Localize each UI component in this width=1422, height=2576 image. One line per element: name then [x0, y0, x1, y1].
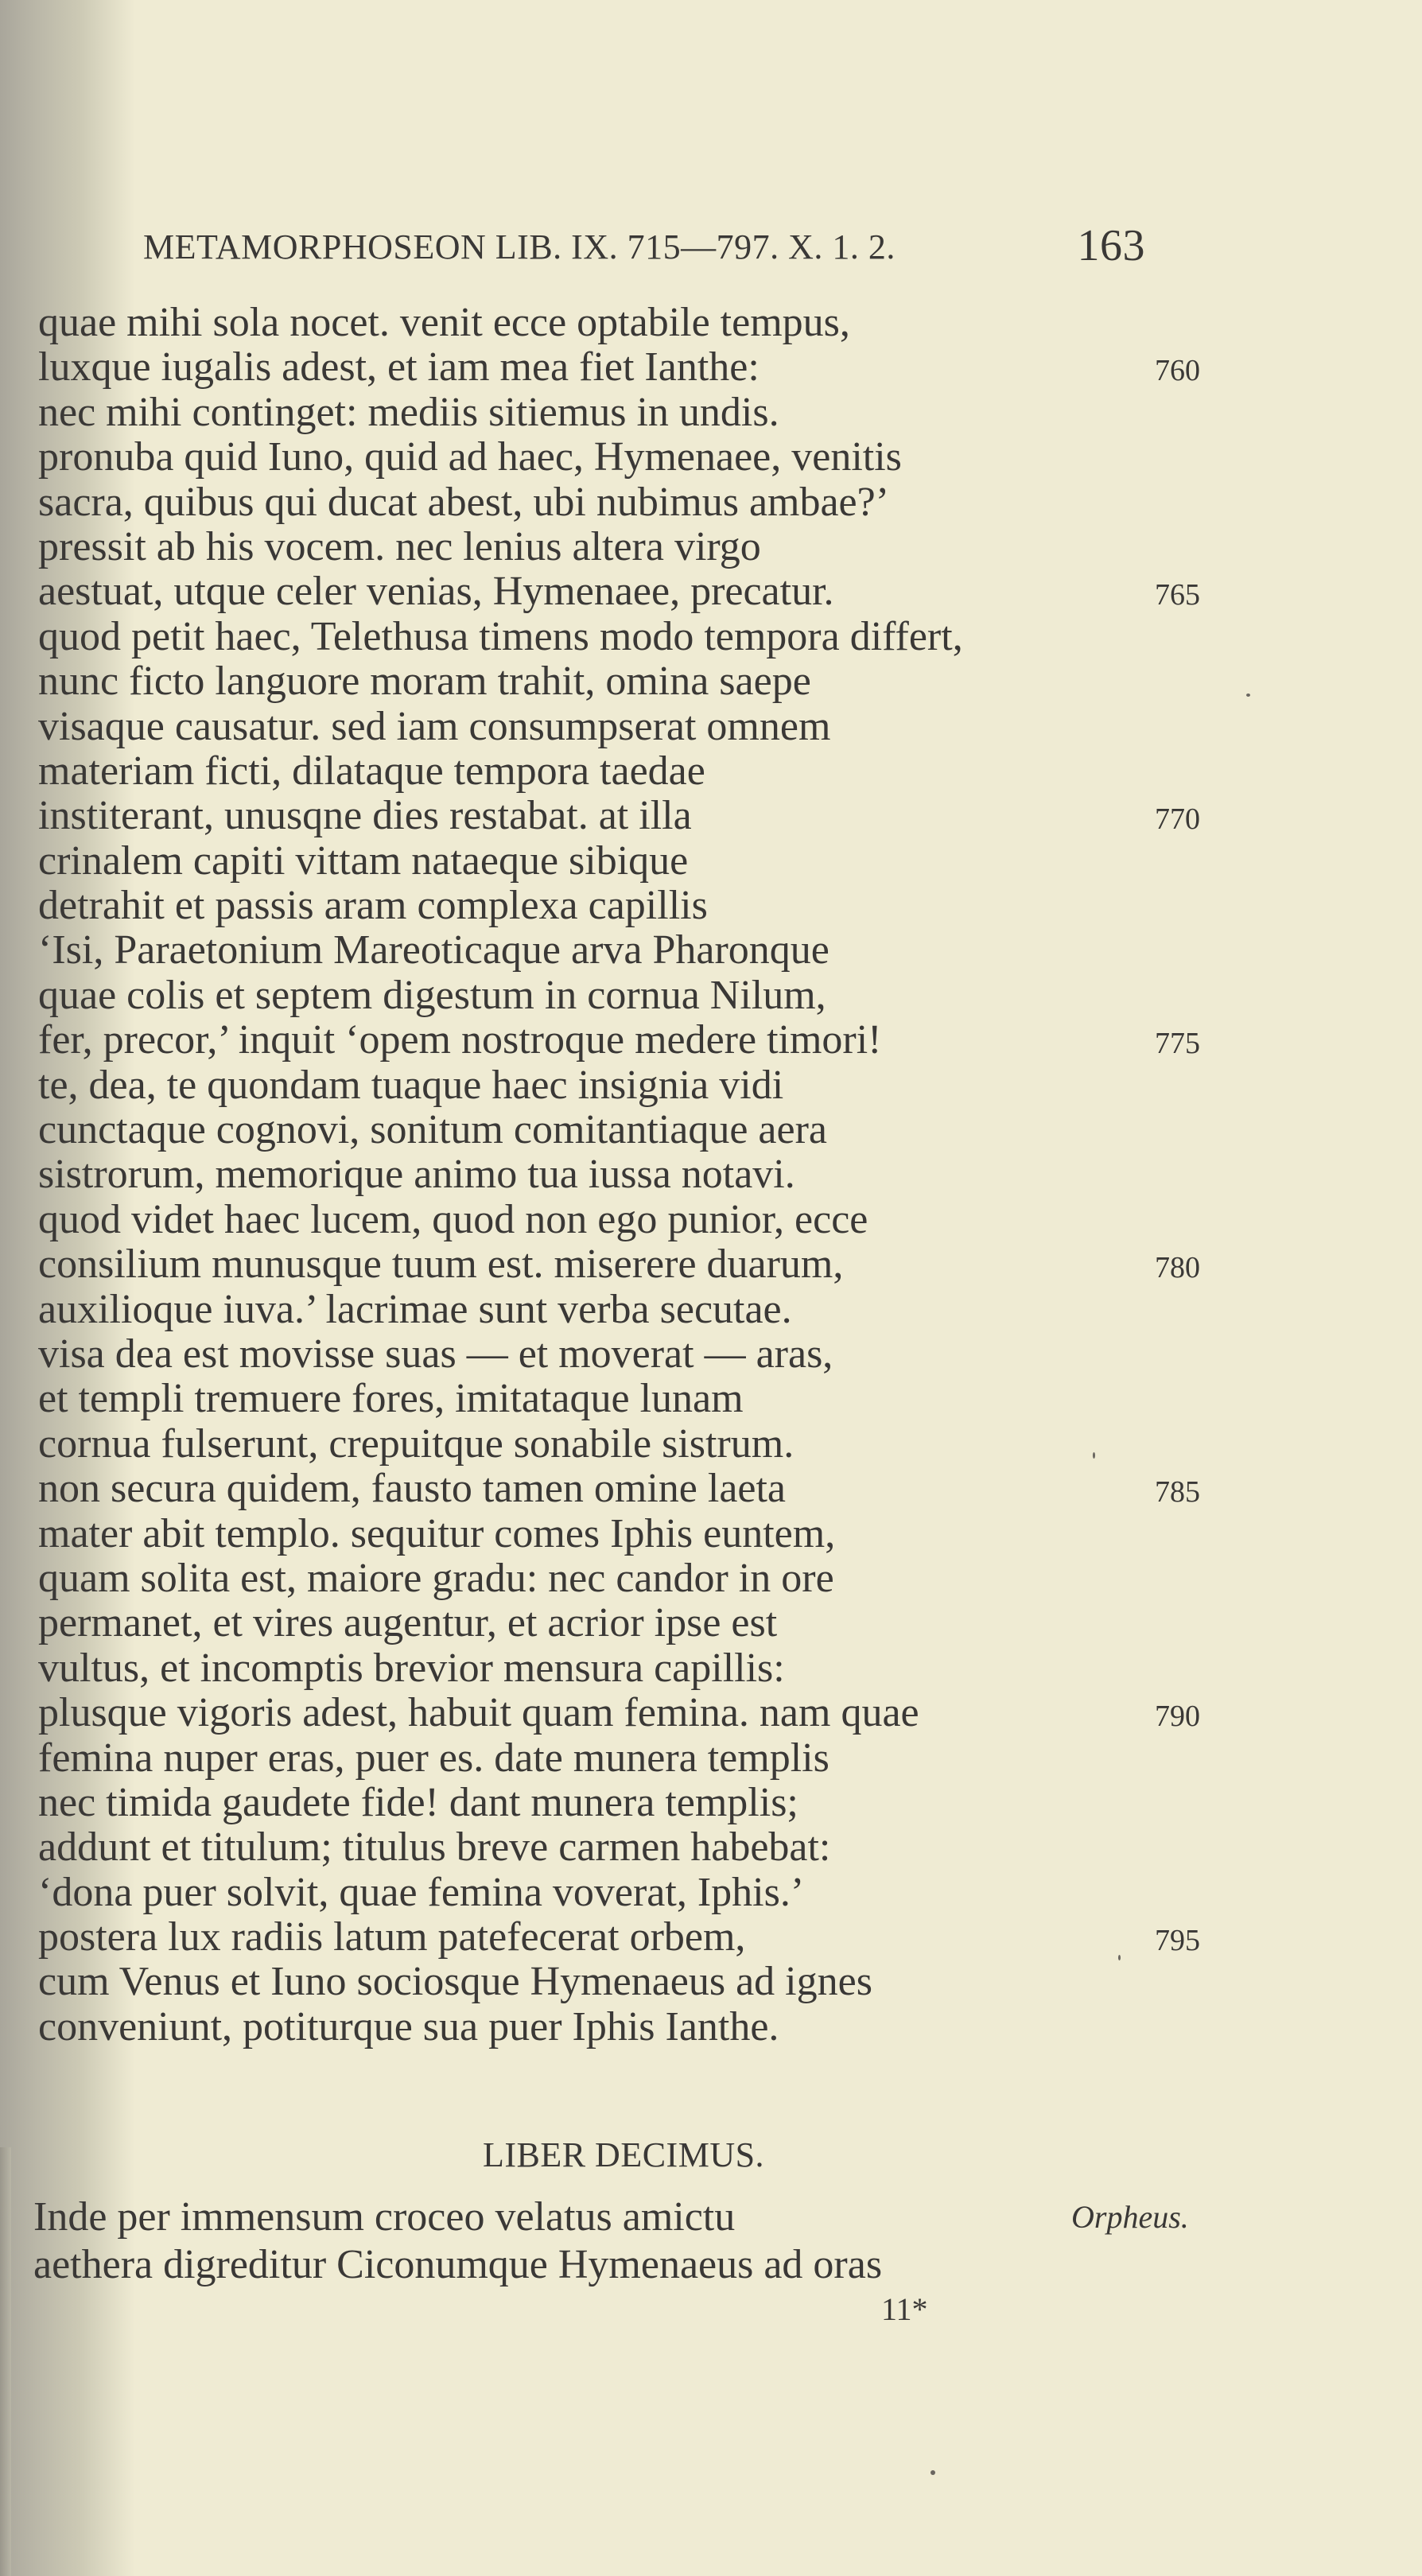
verse-text: sacra, quibus qui ducat abest, ubi nubim…	[38, 480, 889, 525]
verse-text: crinalem capiti vittam nataeque sibique	[38, 838, 688, 884]
page-binding-edge	[0, 2147, 11, 2576]
verse-text: ‘dona puer solvit, quae femina voverat, …	[38, 1870, 804, 1915]
verse-text: consilium munusque tuum est. miserere du…	[38, 1241, 843, 1287]
verse-text: permanet, et vires augentur, et acrior i…	[38, 1600, 777, 1645]
verse-text: aethera digreditur Ciconumque Hymenaeus …	[33, 2242, 882, 2287]
verse-line: cunctaque cognovi, sonitum comitantiaque…	[38, 1108, 1231, 1152]
verse-text: plusque vigoris adest, habuit quam femin…	[38, 1690, 919, 1735]
verse-text: detrahit et passis aram complexa capilli…	[38, 883, 708, 928]
verse-text: quod videt haec lucem, quod non ego puni…	[38, 1197, 868, 1242]
paper-speck	[931, 2470, 935, 2475]
verse-text: luxque iugalis adest, et iam mea fiet Ia…	[38, 344, 760, 390]
verse-text: cornua fulserunt, crepuitque sonabile si…	[38, 1421, 794, 1467]
verse-line: mater abit templo. sequitur comes Iphis …	[38, 1512, 1231, 1556]
verse-text: mater abit templo. sequitur comes Iphis …	[38, 1511, 835, 1556]
line-number: 795	[1155, 1918, 1200, 1963]
verse-line: quod videt haec lucem, quod non ego puni…	[38, 1198, 1231, 1242]
book-ix-verses: quae mihi sola nocet. venit ecce optabil…	[38, 301, 1231, 2050]
verse-line: nunc ficto languore moram trahit, omina …	[38, 659, 1231, 704]
verse-text: visaque causatur. sed iam consumpserat o…	[38, 704, 830, 749]
paper-speck	[1246, 694, 1250, 697]
verse-line: permanet, et vires augentur, et acrior i…	[38, 1601, 1231, 1645]
line-number: 790	[1155, 1694, 1200, 1739]
verse-text: cum Venus et Iuno sociosque Hymenaeus ad…	[38, 1959, 872, 2004]
verse-line: conveniunt, potiturque sua puer Iphis Ia…	[38, 2005, 1231, 2050]
margin-note: Orpheus.	[1071, 2193, 1189, 2241]
verse-text: quam solita est, maiore gradu: nec cando…	[38, 1556, 834, 1601]
verse-line: quod petit haec, Telethusa timens modo t…	[38, 615, 1231, 659]
verse-text: fer, precor,’ inquit ‘opem nostroque med…	[38, 1017, 882, 1063]
line-number: 780	[1155, 1245, 1200, 1290]
verse-line: Inde per immensum croceo velatus amictuO…	[33, 2193, 1226, 2241]
verse-line: aestuat, utque celer venias, Hymenaee, p…	[38, 569, 1231, 614]
verse-line: postera lux radiis latum patefecerat orb…	[38, 1915, 1231, 1960]
verse-text: nec mihi continget: mediis sitiemus in u…	[38, 390, 779, 435]
verse-text: postera lux radiis latum patefecerat orb…	[38, 1914, 745, 1960]
paper-speck	[1118, 1955, 1121, 1960]
line-number: 770	[1155, 797, 1200, 841]
verse-line: sacra, quibus qui ducat abest, ubi nubim…	[38, 480, 1231, 525]
verse-line: detrahit et passis aram complexa capilli…	[38, 884, 1231, 928]
section-title: LIBER DECIMUS.	[0, 2135, 1247, 2175]
verse-line: nec timida gaudete fide! dant munera tem…	[38, 1781, 1231, 1825]
verse-line: visa dea est movisse suas — et moverat —…	[38, 1332, 1231, 1377]
verse-text: addunt et titulum; titulus breve carmen …	[38, 1824, 830, 1870]
verse-line: quam solita est, maiore gradu: nec cando…	[38, 1556, 1231, 1601]
verse-line: non secura quidem, fausto tamen omine la…	[38, 1467, 1231, 1511]
verse-text: institerant, unusqne dies restabat. at i…	[38, 793, 692, 838]
verse-text: quae colis et septem digestum in cornua …	[38, 973, 826, 1018]
verse-text: sistrorum, memorique animo tua iussa not…	[38, 1152, 795, 1197]
verse-line: addunt et titulum; titulus breve carmen …	[38, 1825, 1231, 1870]
verse-line: institerant, unusqne dies restabat. at i…	[38, 794, 1231, 838]
line-number: 775	[1155, 1021, 1200, 1066]
verse-line: pronuba quid Iuno, quid ad haec, Hymenae…	[38, 435, 1231, 480]
verse-text: te, dea, te quondam tuaque haec insignia…	[38, 1063, 783, 1108]
verse-text: non secura quidem, fausto tamen omine la…	[38, 1466, 786, 1511]
verse-text: materiam ficti, dilataque tempora taedae	[38, 748, 705, 794]
verse-text: nunc ficto languore moram trahit, omina …	[38, 659, 811, 704]
verse-text: aestuat, utque celer venias, Hymenaee, p…	[38, 569, 834, 614]
verse-line: te, dea, te quondam tuaque haec insignia…	[38, 1063, 1231, 1108]
verse-text: quod petit haec, Telethusa timens modo t…	[38, 614, 963, 659]
verse-line: pressit ab his vocem. nec lenius altera …	[38, 525, 1231, 569]
verse-text: quae mihi sola nocet. venit ecce optabil…	[38, 300, 850, 345]
verse-line: fer, precor,’ inquit ‘opem nostroque med…	[38, 1018, 1231, 1063]
verse-text: pronuba quid Iuno, quid ad haec, Hymenae…	[38, 434, 902, 480]
verse-line: luxque iugalis adest, et iam mea fiet Ia…	[38, 345, 1231, 390]
page-number: 163	[1078, 220, 1146, 271]
verse-line: cum Venus et Iuno sociosque Hymenaeus ad…	[38, 1960, 1231, 2004]
verse-text: auxilioque iuva.’ lacrimae sunt verba se…	[38, 1287, 792, 1332]
running-head: METAMORPHOSEON LIB. IX. 715—797. X. 1. 2…	[143, 225, 1137, 267]
verse-line: ‘dona puer solvit, quae femina voverat, …	[38, 1871, 1231, 1915]
verse-line: aethera digreditur Ciconumque Hymenaeus …	[33, 2241, 1226, 2289]
verse-line: auxilioque iuva.’ lacrimae sunt verba se…	[38, 1288, 1231, 1332]
verse-line: quae mihi sola nocet. venit ecce optabil…	[38, 301, 1231, 345]
verse-line: nec mihi continget: mediis sitiemus in u…	[38, 390, 1231, 435]
line-number: 765	[1155, 573, 1200, 617]
verse-text: vultus, et incomptis brevior mensura cap…	[38, 1645, 785, 1691]
verse-line: materiam ficti, dilataque tempora taedae	[38, 749, 1231, 794]
verse-text: ‘Isi, Paraetonium Mareoticaque arva Phar…	[38, 927, 829, 973]
verse-text: Inde per immensum croceo velatus amictu	[33, 2194, 735, 2240]
verse-line: femina nuper eras, puer es. date munera …	[38, 1736, 1231, 1781]
verse-line: cornua fulserunt, crepuitque sonabile si…	[38, 1422, 1231, 1467]
signature-mark: 11*	[881, 2290, 928, 2328]
book-x-verses: Inde per immensum croceo velatus amictuO…	[33, 2193, 1226, 2289]
line-number: 760	[1155, 348, 1200, 393]
verse-line: ‘Isi, Paraetonium Mareoticaque arva Phar…	[38, 928, 1231, 973]
paper-speck	[1093, 1452, 1095, 1459]
verse-text: et templi tremuere fores, imitataque lun…	[38, 1376, 744, 1421]
verse-text: nec timida gaudete fide! dant munera tem…	[38, 1780, 798, 1825]
verse-line: crinalem capiti vittam nataeque sibique	[38, 839, 1231, 884]
running-head-title: METAMORPHOSEON LIB. IX. 715—797. X. 1. 2…	[143, 227, 896, 266]
verse-text: cunctaque cognovi, sonitum comitantiaque…	[38, 1107, 827, 1152]
verse-line: plusque vigoris adest, habuit quam femin…	[38, 1691, 1231, 1735]
verse-line: consilium munusque tuum est. miserere du…	[38, 1242, 1231, 1287]
verse-line: vultus, et incomptis brevior mensura cap…	[38, 1646, 1231, 1691]
line-number: 785	[1155, 1470, 1200, 1514]
verse-line: sistrorum, memorique animo tua iussa not…	[38, 1152, 1231, 1197]
verse-line: quae colis et septem digestum in cornua …	[38, 973, 1231, 1018]
verse-text: visa dea est movisse suas — et moverat —…	[38, 1331, 833, 1377]
verse-text: pressit ab his vocem. nec lenius altera …	[38, 524, 761, 569]
verse-line: et templi tremuere fores, imitataque lun…	[38, 1377, 1231, 1421]
verse-line: visaque causatur. sed iam consumpserat o…	[38, 705, 1231, 749]
verse-text: conveniunt, potiturque sua puer Iphis Ia…	[38, 2004, 779, 2050]
verse-text: femina nuper eras, puer es. date munera …	[38, 1735, 829, 1781]
